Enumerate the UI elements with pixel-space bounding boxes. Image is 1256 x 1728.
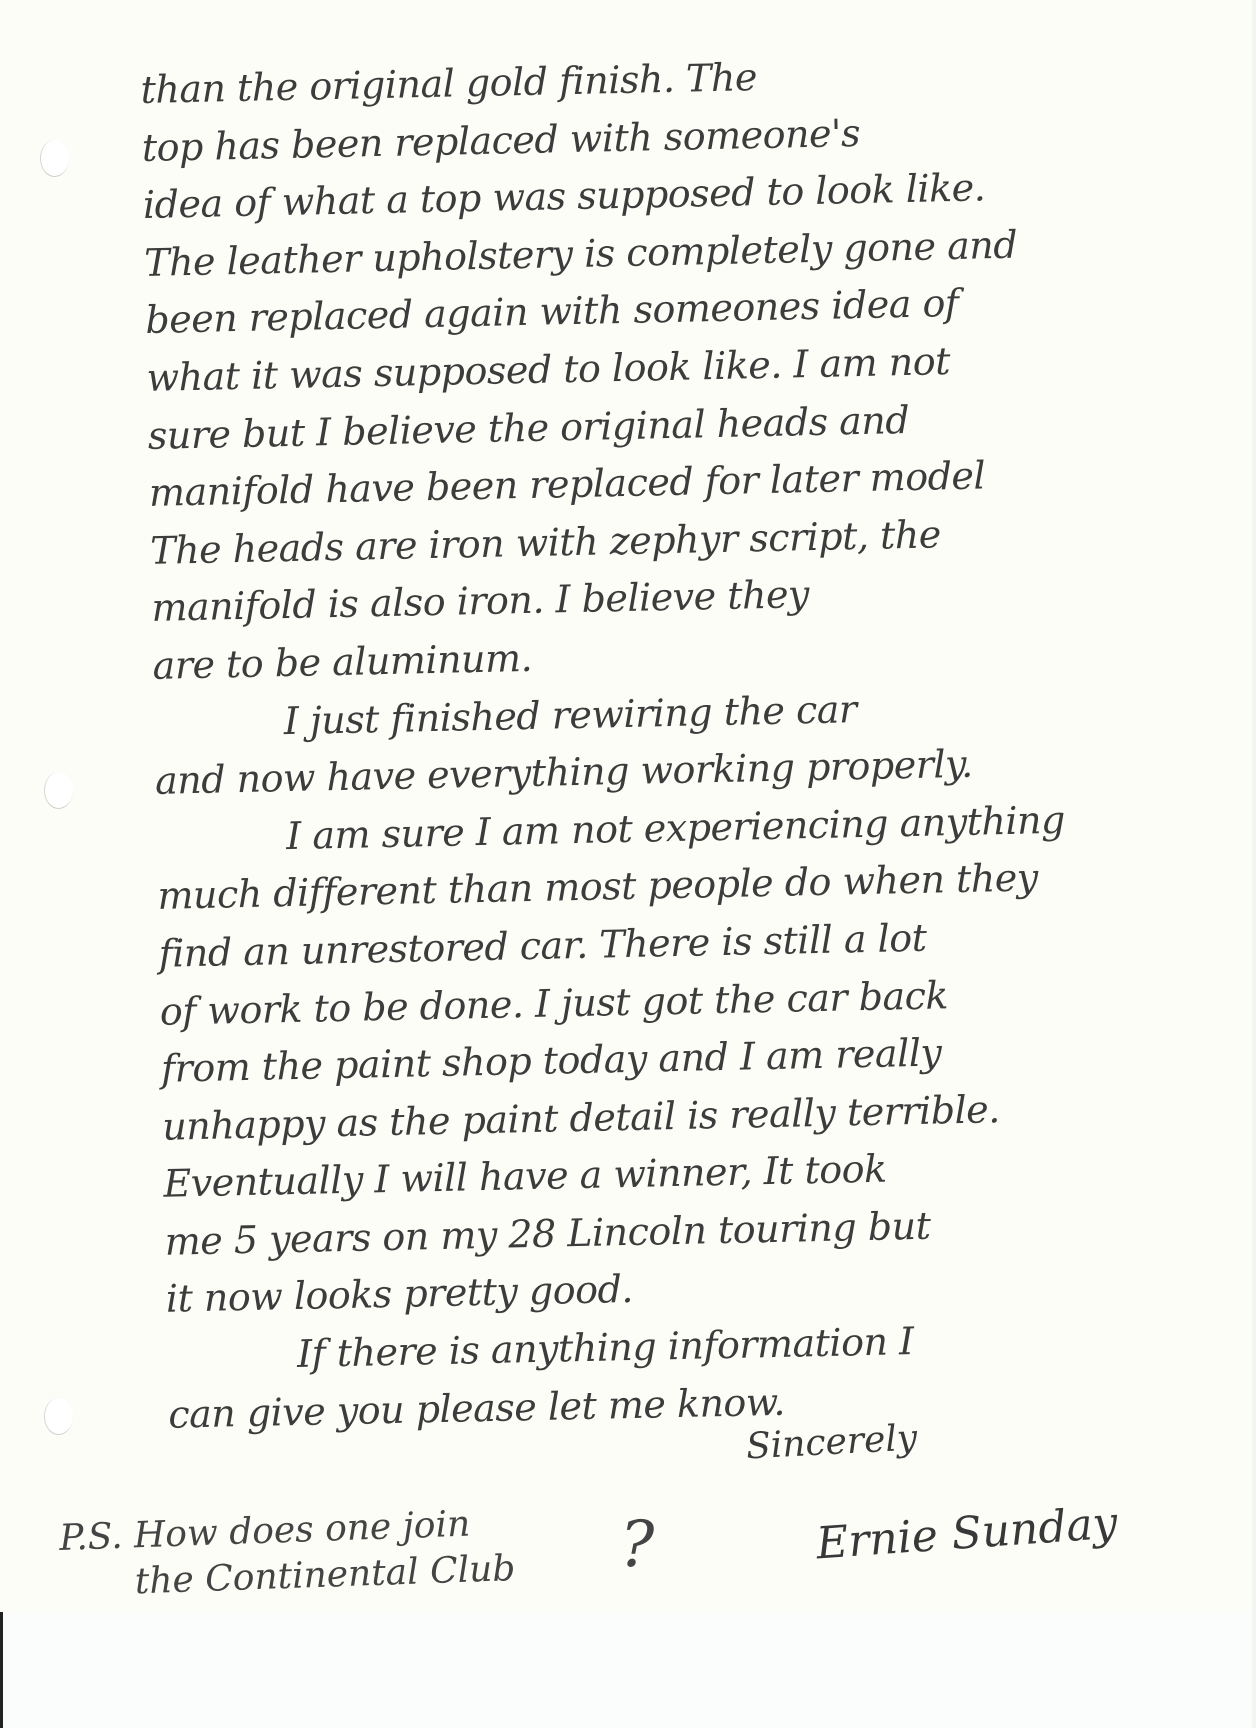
signature: Ernie Sunday [815, 1498, 1119, 1570]
punch-hole [40, 140, 69, 177]
letter-closing: Sincerely [745, 1418, 918, 1468]
postscript-question-mark: ? [620, 1508, 654, 1582]
punch-hole [44, 1398, 73, 1435]
postscript: P.S. How does one join the Continental C… [59, 1500, 517, 1608]
scan-edge [0, 1612, 3, 1728]
page-edge [1252, 0, 1256, 1728]
letter-body: than the original gold finish. The top h… [140, 39, 1249, 1444]
punch-hole [44, 772, 73, 809]
scan-background [0, 1612, 1256, 1728]
letter-page: than the original gold finish. The top h… [0, 0, 1256, 1728]
